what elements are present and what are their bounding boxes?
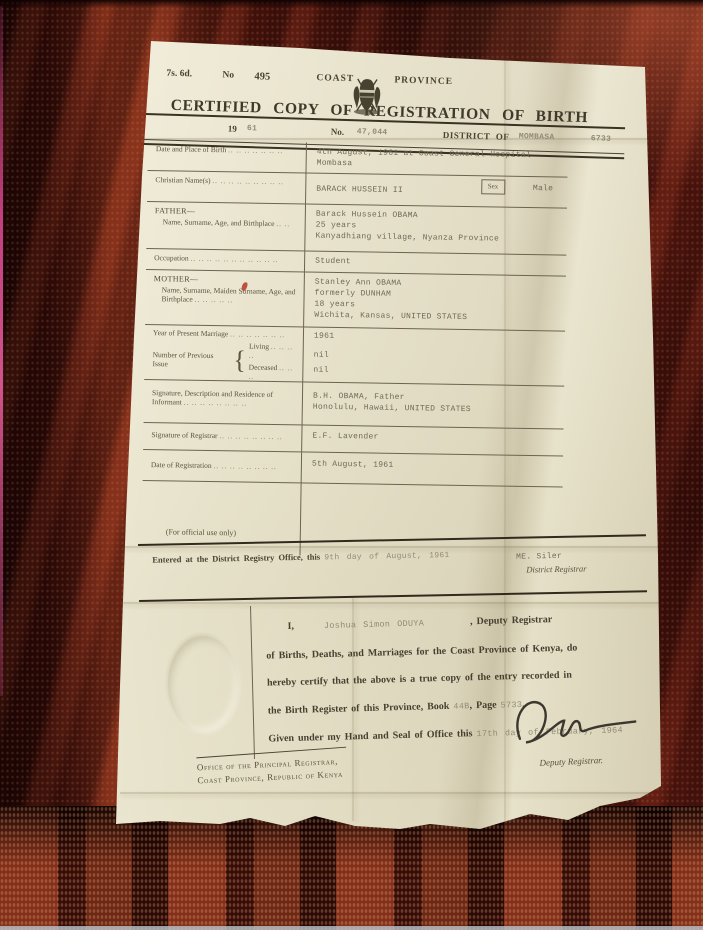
typed-entry: nil xyxy=(313,365,560,380)
field-value-cell: Barack Hussein OBAMA 25 years Kanyadhian… xyxy=(304,204,567,254)
field-value-cell: nil nil xyxy=(302,343,565,385)
field-value-cell: BARACK HUSSEIN II Sex Male xyxy=(305,173,567,207)
typed-entry: BARACK HUSSEIN II xyxy=(316,184,563,199)
field-label-cell: Number of Previous Issue { Living .. .. … xyxy=(144,341,303,381)
official-use-note: (For official use only) xyxy=(166,527,236,537)
field-label-cell: Date of Registration .. .. .. .. .. .. .… xyxy=(143,450,301,482)
field-label-cell: FATHER— Name, Surname, Age, and Birthpla… xyxy=(146,202,305,250)
typed-entry: E.F. Lavender xyxy=(312,431,559,446)
serial-number-label: No xyxy=(222,70,234,80)
photo-scene: 7s. 6d. No 495 COAST xyxy=(0,0,703,930)
cert-line4-b: , Page xyxy=(469,699,496,711)
field-value-cell: E.F. Lavender xyxy=(301,425,563,455)
sublabel-living: Living .. .. .. .. xyxy=(249,341,301,360)
cert-line4-a: the Birth Register of this Province, Boo… xyxy=(268,700,450,716)
dotted-leader: .. .. .. .. .. xyxy=(195,296,234,305)
form-row-mother: MOTHER— Name, Surname, Maiden Surname, A… xyxy=(145,270,566,332)
number-value: 47,044 xyxy=(357,127,388,137)
field-label-cell: Signature of Registrar .. .. .. .. .. ..… xyxy=(143,423,301,451)
province-label-left: COAST xyxy=(316,73,354,84)
cert-line5-a: Given under my Hand and Seal of Office t… xyxy=(268,728,472,744)
cert-i: I, xyxy=(287,613,294,641)
deputy-registrar-name-typed: Joshua Simon ODUYA xyxy=(324,610,425,640)
section-heading: MOTHER— xyxy=(154,274,302,285)
field-value-cell: Stanley Ann OBAMA formerly DUNHAM 18 yea… xyxy=(303,272,566,330)
entered-line: Entered at the District Registry Office,… xyxy=(152,549,449,566)
fold-crease xyxy=(120,792,661,794)
field-label-text: Living xyxy=(249,341,269,350)
field-label: Year of Present Marriage xyxy=(153,328,228,338)
registration-form-table: Date and Place of Birth .. .. .. .. .. .… xyxy=(142,140,568,560)
year-value: 61 xyxy=(247,124,257,133)
cert-line1-end: , Deputy Registrar xyxy=(470,614,552,627)
field-label: Occupation xyxy=(154,253,189,263)
deputy-registrar-title: Deputy Registrar. xyxy=(539,755,603,768)
field-value-cell: 4th August, 1961 at Coast General Hospit… xyxy=(306,142,568,176)
field-label: Christian Name(s) xyxy=(155,175,210,185)
dotted-leader: .. .. .. .. .. .. .. .. xyxy=(184,399,247,408)
dotted-leader: .. .. .. .. .. .. .. .. .. .. .. xyxy=(191,255,279,264)
field-label-cell: Christian Name(s) .. .. .. .. .. .. .. .… xyxy=(147,171,305,203)
district-label: DISTRICT OF xyxy=(443,130,510,142)
dotted-leader: .. .. xyxy=(276,220,290,228)
form-row-father: FATHER— Name, Surname, Age, and Birthpla… xyxy=(146,202,567,256)
field-value-cell: 5th August, 1961 xyxy=(301,452,563,486)
book-number-typed: 44B xyxy=(453,701,469,711)
entered-printed-text: Entered at the District Registry Office,… xyxy=(152,552,320,565)
field-value-cell: B.H. OBAMA, Father Honolulu, Hawaii, UNI… xyxy=(302,382,565,428)
province-label-right: PROVINCE xyxy=(394,75,453,87)
dotted-leader: .. .. .. .. .. .. .. .. xyxy=(214,462,277,471)
typed-entry: Student xyxy=(315,256,562,271)
form-row-previous-issue: Number of Previous Issue { Living .. .. … xyxy=(144,341,565,387)
previous-issue-sublabels: Living .. .. .. .. Deceased .. .. .. xyxy=(249,341,301,381)
field-label: Number of Previous Issue xyxy=(152,350,229,369)
dotted-leader: .. .. .. .. .. .. .. .. .. xyxy=(212,177,284,186)
field-value-cell: Student xyxy=(304,251,566,275)
field-label-cell: Date and Place of Birth .. .. .. .. .. .… xyxy=(148,140,306,172)
office-of-principal-registrar: Office of the Principal Registrar, Coast… xyxy=(197,755,344,788)
dotted-leader: .. .. .. .. .. .. .. xyxy=(228,146,283,155)
typed-entry: nil xyxy=(314,350,561,365)
field-label-text: Deceased xyxy=(249,362,278,371)
district-registrar-title: District Registrar xyxy=(516,563,586,574)
stamp-fee: 7s. 6d. xyxy=(166,69,192,80)
sex-value: Male xyxy=(533,183,554,194)
document-header: 7s. 6d. No 495 COAST xyxy=(143,56,617,128)
stamp-line: 7s. 6d. No 495 COAST xyxy=(144,56,617,104)
sex-label-box: Sex xyxy=(481,179,506,194)
photo-bottom-edge-artifact xyxy=(0,926,703,930)
entered-at-registry-section: Entered at the District Registry Office,… xyxy=(138,534,647,602)
district-value: MOMBASA xyxy=(519,132,555,142)
year-prefix: 19 xyxy=(228,123,237,133)
number-label: No. xyxy=(331,127,345,137)
dotted-leader: .. .. .. .. .. .. .. .. xyxy=(219,432,282,441)
field-label: Signature of Registrar xyxy=(151,430,217,440)
typed-entry: 5th August, 1961 xyxy=(312,459,559,474)
handwritten-signature-icon xyxy=(508,687,641,760)
brace-glyph: { xyxy=(233,347,246,373)
photo-top-edge-shadow xyxy=(0,0,703,8)
field-label: Name, Surname, Maiden Surname, Age, and … xyxy=(153,285,301,305)
form-row-informant: Signature, Description and Residence of … xyxy=(144,380,565,430)
field-label-cell: MOTHER— Name, Surname, Maiden Surname, A… xyxy=(145,270,304,326)
dotted-leader: .. .. .. .. .. .. .. xyxy=(230,330,285,339)
birth-certificate-document: 7s. 6d. No 495 COAST xyxy=(100,36,675,841)
serial-number-value: 495 xyxy=(254,71,270,82)
field-label-cell: Signature, Description and Residence of … xyxy=(144,380,303,424)
district-registrar-name: ME. Siler xyxy=(516,551,586,561)
sublabel-deceased: Deceased .. .. .. xyxy=(249,362,301,381)
reference-number: 6733 xyxy=(591,134,612,144)
field-label: Name, Surname, Age, and Birthplace .. .. xyxy=(155,217,303,228)
photo-left-edge-artifact xyxy=(0,6,3,696)
field-label: Date and Place of Birth xyxy=(156,144,227,154)
district-registrar-signature-block: ME. Siler District Registrar xyxy=(516,551,587,574)
field-label-cell: Occupation .. .. .. .. .. .. .. .. .. ..… xyxy=(146,249,304,271)
field-label: Date of Registration xyxy=(151,460,212,470)
entered-typed-date: 9th day of August, 1961 xyxy=(324,551,449,562)
kenya-coat-of-arms-icon xyxy=(349,74,384,120)
embossed-seal xyxy=(168,636,238,732)
field-label-text: Name, Surname, Age, and Birthplace xyxy=(163,217,275,228)
section-heading: FATHER— xyxy=(155,206,303,217)
